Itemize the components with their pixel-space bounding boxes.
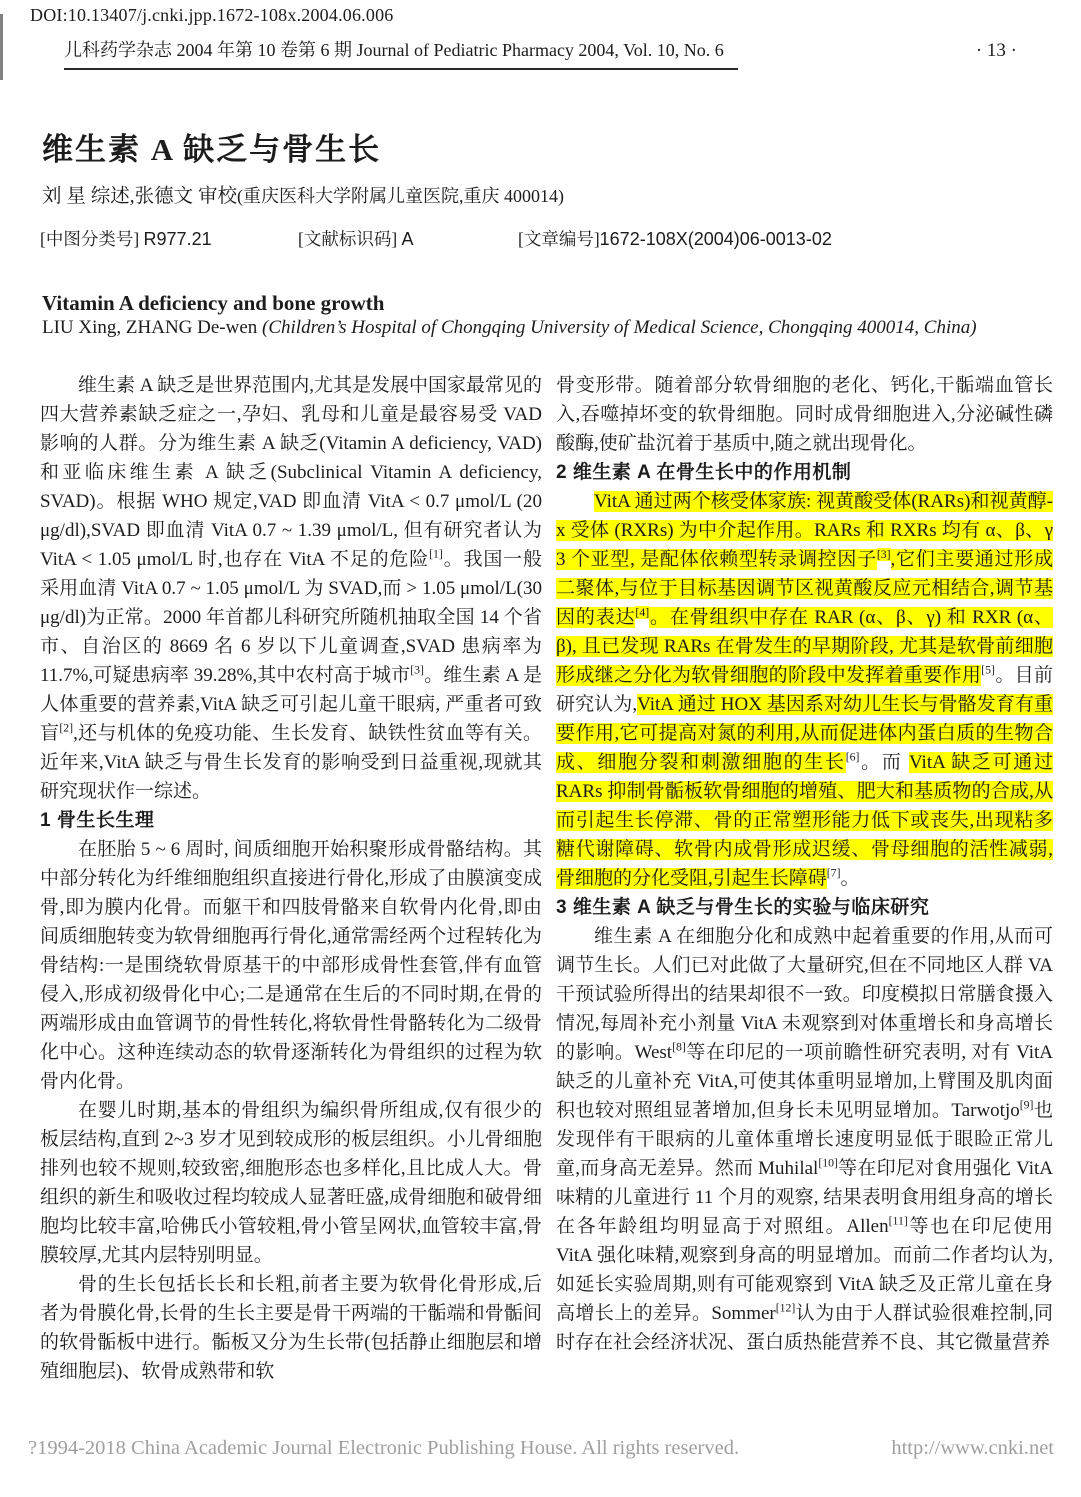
document-code: [文献标识码] A xyxy=(298,226,414,251)
article-id: [文章编号]1672-108X(2004)06-0013-02 xyxy=(518,226,832,251)
reference-superscript: [10] xyxy=(818,1157,838,1170)
reference-superscript: [3] xyxy=(410,664,424,677)
journal-page: DOI:10.13407/j.cnki.jpp.1672-108x.2004.0… xyxy=(0,0,1081,1497)
reference-superscript: [3] xyxy=(877,548,891,561)
watermark-url: http://www.cnki.net xyxy=(891,1437,1054,1460)
reference-superscript: [6] xyxy=(846,751,860,764)
text-segment: 在婴儿时期,基本的骨组织为编织骨所组成,仅有很少的板层结构,直到 2~3 岁才见… xyxy=(40,1100,542,1266)
page-number: · 13 · xyxy=(976,40,1017,62)
watermark-text: ?1994-2018 China Academic Journal Electr… xyxy=(28,1437,739,1460)
reference-superscript: [2] xyxy=(59,722,73,735)
text-segment: ,还与机体的免疫功能、生长发育、缺铁性贫血等有关。近年来,VitA 缺乏与骨生长… xyxy=(40,723,542,802)
paragraph-bone-growth-types: 骨的生长包括长长和长粗,前者主要为软骨化骨形成,后者为骨膜化骨,长骨的生长主要是… xyxy=(40,1270,542,1386)
section-heading-2: 2 维生素 A 在骨生长中的作用机制 xyxy=(556,458,1053,487)
doc-code-value: A xyxy=(402,229,414,249)
text-segment: 骨的生长包括长长和长粗,前者主要为软骨化骨形成,后者为骨膜化骨,长骨的生长主要是… xyxy=(40,1274,542,1382)
section-heading-1: 1 骨生长生理 xyxy=(40,806,542,835)
section-heading-3: 3 维生素 A 缺乏与骨生长的实验与临床研究 xyxy=(556,893,1053,922)
paragraph-vad-overview: 维生素 A 缺乏是世界范围内,尤其是发展中国家最常见的四大营养素缺乏症之一,孕妇… xyxy=(40,371,542,806)
article-title-cn: 维生素 A 缺乏与骨生长 xyxy=(42,124,381,169)
scan-edge-artifact xyxy=(0,14,3,80)
paragraph-cartilage-zone: 骨变形带。随着部分软骨细胞的老化、钙化,干骺端血管长入,吞噬掉坏变的软骨细胞。同… xyxy=(556,371,1053,458)
text-segment: 骨变形带。随着部分软骨细胞的老化、钙化,干骺端血管长入,吞噬掉坏变的软骨细胞。同… xyxy=(556,375,1053,454)
right-column: 骨变形带。随着部分软骨细胞的老化、钙化,干骺端血管长入,吞噬掉坏变的软骨细胞。同… xyxy=(556,371,1053,1357)
reference-superscript: [8] xyxy=(672,1041,686,1054)
reference-superscript: [12] xyxy=(776,1302,796,1315)
affiliation-en: (Children’s Hospital of Chongqing Univer… xyxy=(262,317,977,338)
authors-cn: 刘 星 综述,张德文 审校 xyxy=(42,186,237,207)
text-segment: 。 xyxy=(841,868,860,889)
article-meta: [中图分类号] R977.21 [文献标识码] A [文章编号]1672-108… xyxy=(0,226,1081,252)
affiliation-cn: (重庆医科大学附属儿童医院,重庆 400014) xyxy=(237,186,564,206)
text-segment: 维生素 A 缺乏是世界范围内,尤其是发展中国家最常见的四大营养素缺乏症之一,孕妇… xyxy=(40,375,542,570)
paragraph-infant-bone: 在婴儿时期,基本的骨组织为编织骨所组成,仅有很少的板层结构,直到 2~3 岁才见… xyxy=(40,1096,542,1270)
clc-label: [中图分类号] xyxy=(40,229,144,249)
paragraph-clinical-studies: 维生素 A 在细胞分化和成熟中起着重要的作用,从而可调节生长。人们已对此做了大量… xyxy=(556,922,1053,1357)
reference-superscript: [9] xyxy=(1020,1099,1034,1112)
reference-superscript: [1] xyxy=(429,548,443,561)
reference-superscript: [5] xyxy=(981,664,995,677)
authors-line-cn: 刘 星 综述,张德文 审校(重庆医科大学附属儿童医院,重庆 400014) xyxy=(42,180,564,208)
cnki-watermark: ?1994-2018 China Academic Journal Electr… xyxy=(28,1437,1054,1460)
reference-superscript: [4] xyxy=(635,606,649,619)
clc-number: [中图分类号] R977.21 xyxy=(40,226,212,251)
article-title-en: Vitamin A deficiency and bone growth xyxy=(42,291,384,316)
left-column: 维生素 A 缺乏是世界范围内,尤其是发展中国家最常见的四大营养素缺乏症之一,孕妇… xyxy=(40,371,542,1386)
text-segment: 。而 xyxy=(859,752,909,773)
reference-superscript: [11] xyxy=(889,1215,908,1228)
reference-superscript: [7] xyxy=(827,867,841,880)
clc-value: R977.21 xyxy=(144,229,212,249)
authors-en: LIU Xing, ZHANG De-wen xyxy=(42,317,262,338)
doc-code-label: [文献标识码] xyxy=(298,229,402,249)
authors-line-en: LIU Xing, ZHANG De-wen (Children’s Hospi… xyxy=(42,317,977,339)
journal-header: 儿科药学杂志 2004 年第 10 卷第 6 期 Journal of Pedi… xyxy=(64,36,738,70)
paragraph-mechanism-highlighted: VitA 通过两个核受体家族: 视黄酸受体(RARs)和视黄醇-x 受体 (RX… xyxy=(556,487,1053,893)
text-segment: 在胚胎 5 ~ 6 周时, 间质细胞开始积聚形成骨骼结构。其中部分转化为纤维细胞… xyxy=(40,839,542,1092)
article-id-value: 1672-108X(2004)06-0013-02 xyxy=(600,229,832,249)
doi-line: DOI:10.13407/j.cnki.jpp.1672-108x.2004.0… xyxy=(30,5,393,26)
paragraph-embryo-ossification: 在胚胎 5 ~ 6 周时, 间质细胞开始积聚形成骨骼结构。其中部分转化为纤维细胞… xyxy=(40,835,542,1096)
article-id-label: [文章编号] xyxy=(518,229,600,249)
